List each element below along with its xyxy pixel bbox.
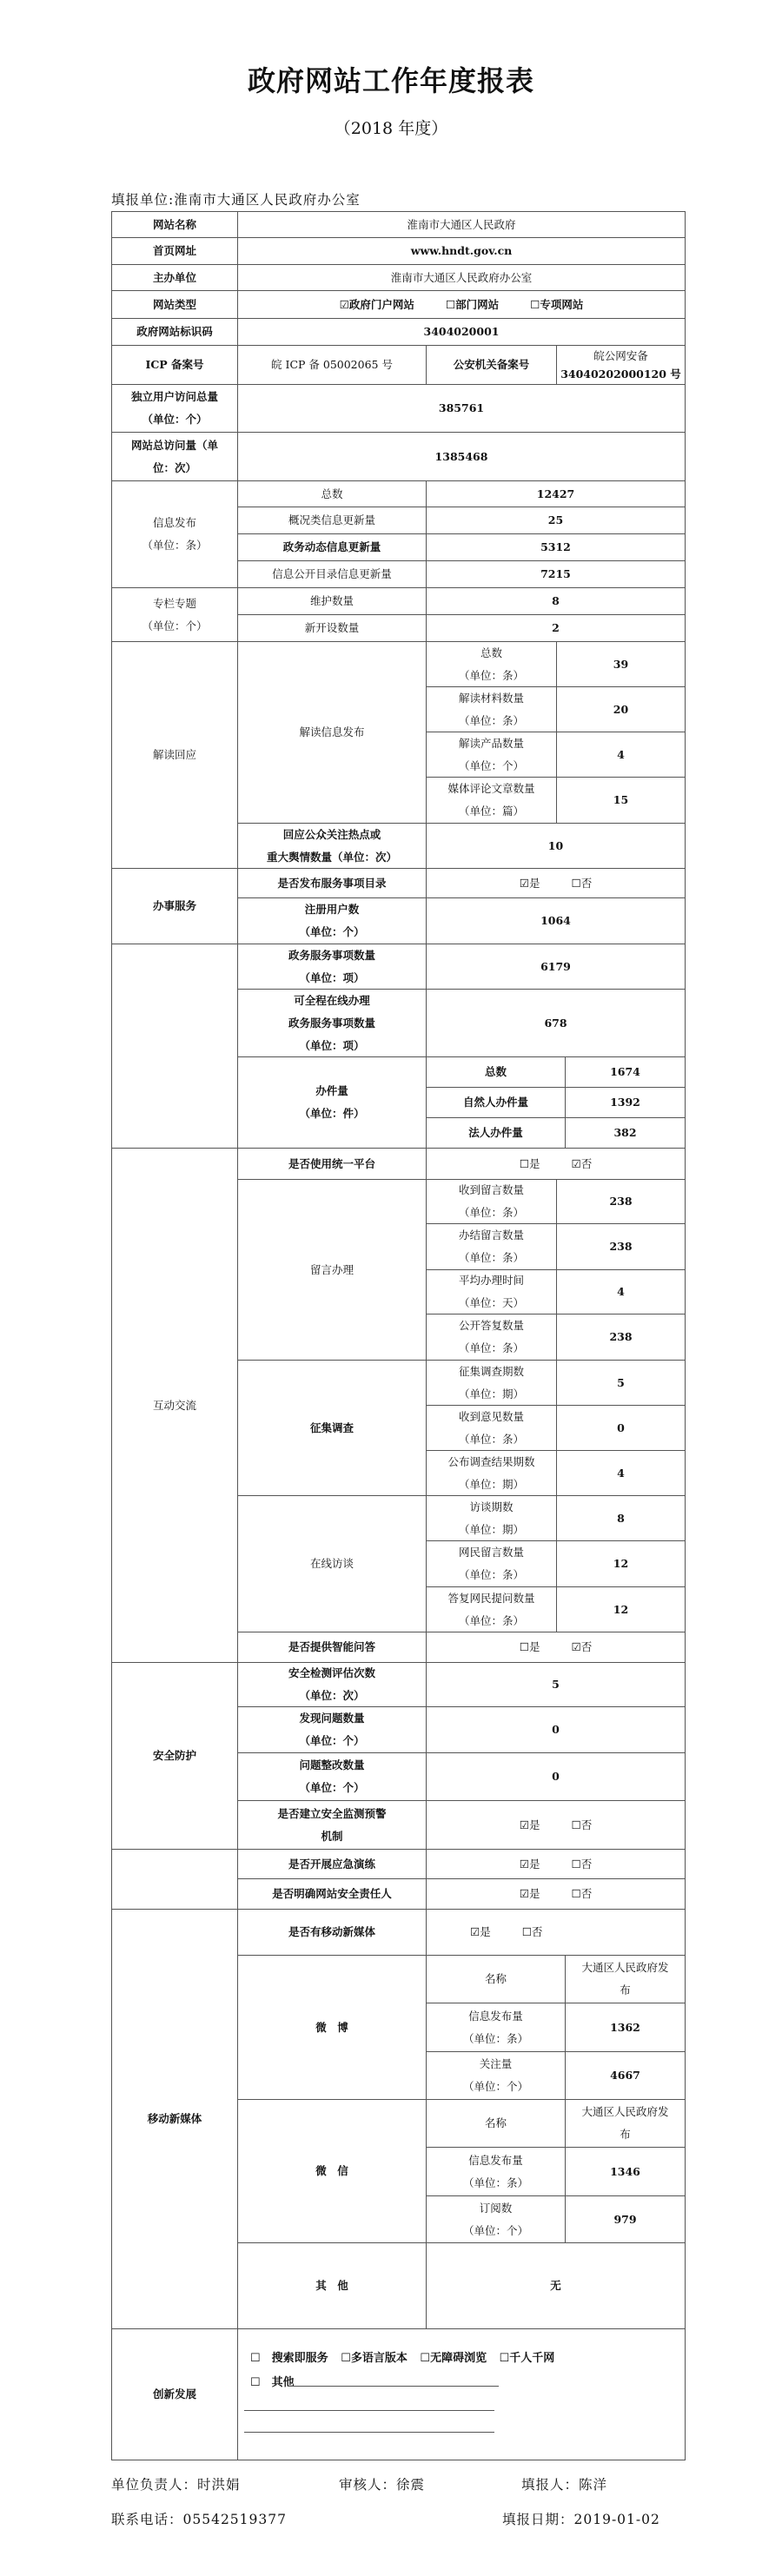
wechat-label: 微 信 — [237, 2099, 427, 2243]
site-type-special[interactable]: ☐专项网站 — [530, 294, 583, 316]
drill-yes[interactable]: ☑是 — [520, 1853, 540, 1876]
uv-value: 385761 — [237, 384, 686, 433]
info-catalog-value: 7215 — [426, 560, 686, 588]
cases-row-value: 1674 — [565, 1056, 686, 1088]
row-unit: （单位：个） — [299, 921, 364, 944]
report-year: （2018 年度） — [0, 116, 782, 139]
fixed-value: 0 — [426, 1752, 686, 1801]
owner-label: 是否明确网站安全责任人 — [237, 1878, 427, 1910]
interp-row-label: 解读材料数量（单位：条） — [426, 686, 557, 732]
messages-row-value: 4 — [556, 1269, 686, 1314]
info-publish-title: 信息发布 — [153, 512, 196, 534]
messages-row-value: 238 — [556, 1223, 686, 1270]
innovation-blank-line[interactable] — [244, 2432, 494, 2433]
interview-row-label: 答复网民提问数量（单位：条） — [426, 1586, 557, 1632]
police-record-line2: 34040202000120 号 — [560, 365, 681, 383]
row-label: 公布调查结果期数 — [447, 1451, 534, 1473]
info-total-value: 12427 — [426, 480, 686, 507]
columns-title: 专栏专题 — [153, 593, 196, 615]
info-publish-label: 信息发布 （单位：条） — [111, 480, 238, 588]
service-label: 办事服务 — [111, 868, 238, 944]
interaction-label: 互动交流 — [111, 1148, 238, 1663]
sponsor-value: 淮南市大通区人民政府办公室 — [237, 264, 686, 291]
columns-new-label: 新开设数量 — [237, 614, 427, 642]
uv-label-line1: 独立用户访问总量 — [131, 386, 218, 408]
checks-label: 安全检测评估次数（单位：次） — [237, 1662, 427, 1707]
option-label: 部门网站 — [455, 298, 499, 311]
platform-label: 是否使用统一平台 — [237, 1148, 427, 1180]
wechat-posts-value: 1346 — [565, 2147, 686, 2196]
messages-row-label: 收到留言数量（单位：条） — [426, 1179, 557, 1224]
checkbox-empty-icon: ☐ — [250, 2352, 261, 2365]
row-label: 总数 — [480, 642, 502, 665]
monitor-label: 是否建立安全监测预警机制 — [237, 1800, 427, 1850]
police-record-label: 公安机关备案号 — [426, 345, 557, 385]
media-has-label: 是否有移动新媒体 — [237, 1909, 427, 1956]
interview-label: 在线访谈 — [237, 1495, 427, 1632]
issues-value: 0 — [426, 1706, 686, 1753]
response-label-line2: 重大舆情数量（单位：次） — [267, 846, 397, 869]
info-publish-unit: （单位：条） — [142, 534, 207, 557]
row-label: 发现问题数量 — [299, 1707, 364, 1730]
filler: 填报人：陈洋 — [521, 2474, 607, 2493]
option-label: 政府门户网站 — [349, 298, 414, 311]
option-label: 搜索即服务 — [261, 2352, 328, 2365]
site-type-department[interactable]: ☐部门网站 — [446, 294, 499, 316]
qa-no[interactable]: ☑否 — [572, 1636, 593, 1659]
row-label: 征集调查期数 — [459, 1361, 524, 1383]
wechat-name-value: 大通区人民政府发布 — [565, 2099, 686, 2148]
columns-label: 专栏专题 （单位：个） — [111, 587, 238, 642]
qa-options: ☐是 ☑否 — [426, 1632, 686, 1663]
qa-yes[interactable]: ☐是 — [520, 1636, 540, 1659]
checkbox-empty-icon: ☐ — [420, 2352, 430, 2365]
checkbox-empty-icon: ☐ — [250, 2376, 261, 2389]
weibo-posts-label: 信息发布量（单位：条） — [426, 2003, 566, 2052]
service-cases-label: 办件量（单位：件） — [237, 1056, 427, 1149]
service-catalog-label: 是否发布服务事项目录 — [237, 868, 427, 898]
row-unit: （单位：项） — [299, 967, 364, 990]
checkbox-empty-icon: ☐ — [446, 298, 455, 311]
icp-value: 皖 ICP 备 05002065 号 — [237, 345, 427, 385]
innovation-accessibility[interactable]: ☐无障碍浏览 — [420, 2352, 487, 2365]
interp-row-value: 39 — [556, 641, 686, 687]
monitor-options: ☑是 ☐否 — [426, 1800, 686, 1850]
value-line2: 布 — [620, 1979, 631, 2002]
checkbox-empty-icon: ☐ — [341, 2352, 351, 2365]
innovation-personalized[interactable]: ☐千人千网 — [500, 2352, 555, 2365]
row-unit: （单位：条） — [459, 710, 524, 732]
platform-options: ☐是 ☑否 — [426, 1148, 686, 1180]
interp-row-label: 媒体评论文章数量（单位：篇） — [426, 777, 557, 824]
cases-row-value: 1392 — [565, 1087, 686, 1118]
issues-label: 发现问题数量（单位：个） — [237, 1706, 427, 1753]
owner-yes[interactable]: ☑是 — [520, 1883, 540, 1905]
service-catalog-yes[interactable]: ☑是 — [520, 872, 540, 895]
homepage-label: 首页网址 — [111, 237, 238, 265]
row-label: 信息发布量 — [468, 2005, 523, 2028]
row-unit: （单位：条） — [459, 1610, 524, 1632]
row-label: 办结留言数量 — [459, 1224, 524, 1247]
security-block-blank — [111, 1849, 238, 1910]
row-unit: （单位：条） — [459, 1202, 524, 1224]
uv-label-unit: （单位：个） — [142, 408, 207, 431]
interp-row-label: 总数（单位：条） — [426, 641, 557, 687]
row-unit: （单位：条） — [459, 1247, 524, 1269]
innovation-blank-line[interactable] — [244, 2410, 494, 2411]
info-news-value: 5312 — [426, 533, 686, 561]
row-label: 订阅数 — [480, 2197, 513, 2220]
service-online-value: 678 — [426, 989, 686, 1057]
messages-row-label: 公开答复数量（单位：条） — [426, 1314, 557, 1361]
site-name-value: 淮南市大通区人民政府 — [237, 211, 686, 238]
checkbox-empty-icon: ☐ — [500, 2352, 510, 2365]
row-label: 是否建立安全监测预警 — [277, 1803, 386, 1825]
messages-row-label: 办结留言数量（单位：条） — [426, 1223, 557, 1270]
interp-row-value: 15 — [556, 777, 686, 824]
row-label: 问题整改数量 — [299, 1754, 364, 1777]
service-block-blank — [111, 944, 238, 1149]
service-users-value: 1064 — [426, 897, 686, 944]
cases-row-label: 自然人办件量 — [426, 1087, 566, 1118]
option-label: 千人千网 — [509, 2352, 554, 2365]
columns-maintained-value: 8 — [426, 587, 686, 615]
checkbox-checked-icon: ☑ — [340, 298, 349, 311]
info-catalog-label: 信息公开目录信息更新量 — [237, 560, 427, 588]
survey-row-value: 0 — [556, 1405, 686, 1451]
interview-row-label: 访谈期数（单位：期） — [426, 1495, 557, 1541]
row-unit: （单位：个） — [463, 2220, 528, 2242]
wechat-subs-label: 订阅数（单位：个） — [426, 2195, 566, 2243]
service-catalog-options: ☑是 ☐否 — [426, 868, 686, 898]
row-unit: （单位：条） — [463, 2172, 528, 2195]
site-type-options: ☑政府门户网站 ☐部门网站 ☐专项网站 — [237, 290, 686, 319]
innovation-search-service[interactable]: ☐ 搜索即服务 — [250, 2352, 328, 2365]
messages-label: 留言办理 — [237, 1179, 427, 1361]
option-label: 其他 — [261, 2376, 295, 2389]
cases-row-label: 法人办件量 — [426, 1117, 566, 1149]
owner-options: ☑是 ☐否 — [426, 1878, 686, 1910]
row-label: 解读产品数量 — [459, 732, 524, 755]
row-unit: （单位：件） — [299, 1103, 364, 1125]
innovation-label: 创新发展 — [111, 2328, 238, 2460]
row-unit: （单位：篇） — [459, 800, 524, 823]
survey-row-value: 5 — [556, 1360, 686, 1406]
reviewer: 审核人：徐震 — [339, 2474, 425, 2493]
innovation-other-underline[interactable] — [288, 2386, 499, 2387]
option-label: 专项网站 — [540, 298, 583, 311]
pv-label-line1: 网站总访问量（单 — [131, 434, 218, 457]
weibo-followers-label: 关注量（单位：个） — [426, 2051, 566, 2100]
cases-row-value: 382 — [565, 1117, 686, 1149]
response-value: 10 — [426, 823, 686, 869]
value-line1: 大通区人民政府发 — [581, 1957, 668, 1979]
interview-row-value: 12 — [556, 1586, 686, 1632]
platform-yes[interactable]: ☐是 — [520, 1153, 540, 1175]
row-label: 平均办理时间 — [459, 1269, 524, 1292]
response-label: 回应公众关注热点或重大舆情数量（单位：次） — [237, 823, 427, 869]
columns-new-value: 2 — [426, 614, 686, 642]
row-unit: （单位：条） — [459, 1428, 524, 1451]
interp-row-value: 4 — [556, 732, 686, 778]
homepage-value: www.hndt.gov.cn — [237, 237, 686, 265]
row-label: 媒体评论文章数量 — [447, 778, 534, 800]
media-label: 移动新媒体 — [111, 1909, 238, 2329]
unit-head: 单位负责人：时洪娟 — [111, 2474, 241, 2493]
columns-unit: （单位：个） — [142, 615, 207, 638]
monitor-no[interactable]: ☐否 — [572, 1814, 593, 1837]
row-unit: （单位：期） — [459, 1473, 524, 1496]
service-items-value: 6179 — [426, 944, 686, 990]
value-line2: 布 — [620, 2123, 631, 2146]
pv-value: 1385468 — [237, 432, 686, 481]
platform-no[interactable]: ☑否 — [572, 1153, 593, 1175]
row-label: 安全检测评估次数 — [288, 1662, 375, 1685]
pv-label: 网站总访问量（单 位：次） — [111, 432, 238, 481]
row-label-2: 机制 — [321, 1825, 342, 1848]
messages-row-label: 平均办理时间（单位：天） — [426, 1269, 557, 1314]
innovation-options-line: ☐ 搜索即服务 ☐多语言版本 ☐无障碍浏览 ☐千人千网 — [250, 2348, 563, 2365]
cases-row-label: 总数 — [426, 1056, 566, 1088]
weibo-label: 微 博 — [237, 1955, 427, 2100]
checkbox-empty-icon: ☐ — [530, 298, 540, 311]
service-users-label: 注册用户数（单位：个） — [237, 897, 427, 944]
media-other-label: 其 他 — [237, 2242, 427, 2329]
option-label: 多语言版本 — [351, 2352, 408, 2365]
value-line1: 大通区人民政府发 — [581, 2101, 668, 2123]
row-label: 政务服务事项数量 — [288, 944, 375, 967]
fixed-label: 问题整改数量（单位：个） — [237, 1752, 427, 1801]
service-items-label: 政务服务事项数量（单位：项） — [237, 944, 427, 990]
row-label: 解读材料数量 — [459, 687, 524, 710]
interpretation-publish-label: 解读信息发布 — [237, 641, 427, 824]
police-record-line1: 皖公网安备 — [593, 347, 648, 365]
survey-row-label: 征集调查期数（单位：期） — [426, 1360, 557, 1406]
row-unit: （单位：个） — [463, 2076, 528, 2098]
row-label: 可全程在线办理 — [294, 990, 370, 1012]
row-unit: （单位：项） — [299, 1035, 364, 1057]
row-label: 信息发布量 — [468, 2149, 523, 2172]
columns-maintained-label: 维护数量 — [237, 587, 427, 615]
row-label: 公开答复数量 — [459, 1314, 524, 1337]
contact-phone: 联系电话：05542519377 — [111, 2509, 287, 2528]
sponsor-label: 主办单位 — [111, 264, 238, 291]
row-unit: （单位：条） — [459, 1337, 524, 1360]
row-label: 访谈期数 — [469, 1496, 513, 1519]
info-news-label: 政务动态信息更新量 — [237, 533, 427, 561]
row-unit: （单位：天） — [459, 1292, 524, 1314]
site-code-label: 政府网站标识码 — [111, 318, 238, 346]
row-unit: （单位：条） — [459, 1564, 524, 1586]
row-unit: （单位：个） — [299, 1730, 364, 1752]
row-unit: （单位：次） — [299, 1685, 364, 1707]
pv-label-unit: 位：次） — [153, 457, 196, 480]
police-record-value: 皖公网安备 34040202000120 号 — [556, 345, 686, 385]
row-label: 收到留言数量 — [459, 1179, 524, 1202]
info-overview-label: 概况类信息更新量 — [237, 507, 427, 534]
uv-label: 独立用户访问总量 （单位：个） — [111, 384, 238, 433]
checks-value: 5 — [426, 1662, 686, 1707]
interpretation-label: 解读回应 — [111, 641, 238, 869]
row-label: 注册用户数 — [305, 898, 360, 921]
row-unit: （单位：条） — [463, 2028, 528, 2050]
innovation-other[interactable]: ☐ 其他 — [250, 2373, 295, 2389]
icp-label: ICP 备案号 — [111, 345, 238, 385]
wechat-subs-value: 979 — [565, 2195, 686, 2243]
media-has-yes[interactable]: ☑是 — [470, 1921, 491, 1944]
response-label-line1: 回应公众关注热点或 — [283, 824, 381, 846]
monitor-yes[interactable]: ☑是 — [520, 1814, 540, 1837]
interview-row-value: 12 — [556, 1540, 686, 1587]
media-other-value: 无 — [426, 2242, 686, 2329]
report-title: 政府网站工作年度报表 — [0, 59, 782, 99]
row-label: 办件量 — [315, 1080, 348, 1103]
drill-options: ☑是 ☐否 — [426, 1849, 686, 1879]
row-label: 网民留言数量 — [459, 1541, 524, 1564]
wechat-name-label: 名称 — [426, 2099, 566, 2148]
drill-no[interactable]: ☐否 — [572, 1853, 593, 1876]
service-online-label: 可全程在线办理政务服务事项数量（单位：项） — [237, 989, 427, 1057]
security-label: 安全防护 — [111, 1662, 238, 1850]
interview-row-value: 8 — [556, 1495, 686, 1541]
interp-row-value: 20 — [556, 686, 686, 732]
row-unit: （单位：个） — [459, 755, 524, 778]
site-name-label: 网站名称 — [111, 211, 238, 238]
report-date: 填报日期：2019-01-02 — [502, 2509, 660, 2528]
innovation-options: ☐ 搜索即服务 ☐多语言版本 ☐无障碍浏览 ☐千人千网 ☐ 其他 — [237, 2328, 686, 2460]
drill-label: 是否开展应急演练 — [237, 1849, 427, 1879]
messages-row-value: 238 — [556, 1314, 686, 1361]
row-label: 答复网民提问数量 — [447, 1587, 534, 1610]
info-total-label: 总数 — [237, 480, 427, 507]
media-has-no[interactable]: ☐否 — [522, 1921, 543, 1944]
interview-row-label: 网民留言数量（单位：条） — [426, 1540, 557, 1587]
row-unit: （单位：个） — [299, 1777, 364, 1799]
service-catalog-no[interactable]: ☐否 — [572, 872, 593, 895]
option-label: 无障碍浏览 — [430, 2352, 487, 2365]
weibo-name-value: 大通区人民政府发布 — [565, 1955, 686, 2003]
wechat-posts-label: 信息发布量（单位：条） — [426, 2147, 566, 2196]
row-unit: （单位：期） — [459, 1383, 524, 1406]
weibo-posts-value: 1362 — [565, 2003, 686, 2052]
media-has-options: ☑是 ☐否 — [426, 1909, 686, 1956]
row-unit: （单位：期） — [459, 1519, 524, 1541]
row-unit: （单位：条） — [459, 665, 524, 687]
survey-row-label: 收到意见数量（单位：条） — [426, 1405, 557, 1451]
qa-label: 是否提供智能问答 — [237, 1632, 427, 1663]
row-label: 关注量 — [480, 2053, 513, 2076]
survey-row-value: 4 — [556, 1450, 686, 1496]
site-type-portal[interactable]: ☑政府门户网站 — [340, 294, 414, 316]
survey-label: 征集调查 — [237, 1360, 427, 1496]
innovation-multilingual[interactable]: ☐多语言版本 — [341, 2352, 408, 2365]
site-code-value: 3404020001 — [237, 318, 686, 346]
reporting-unit: 填报单位:淮南市大通区人民政府办公室 — [111, 189, 361, 209]
row-label: 收到意见数量 — [459, 1406, 524, 1428]
site-type-label: 网站类型 — [111, 290, 238, 319]
info-overview-value: 25 — [426, 507, 686, 534]
weibo-name-label: 名称 — [426, 1955, 566, 2003]
survey-row-label: 公布调查结果期数（单位：期） — [426, 1450, 557, 1496]
owner-no[interactable]: ☐否 — [572, 1883, 593, 1905]
weibo-followers-value: 4667 — [565, 2051, 686, 2100]
interp-row-label: 解读产品数量（单位：个） — [426, 732, 557, 778]
row-label-2: 政务服务事项数量 — [288, 1012, 375, 1035]
messages-row-value: 238 — [556, 1179, 686, 1224]
